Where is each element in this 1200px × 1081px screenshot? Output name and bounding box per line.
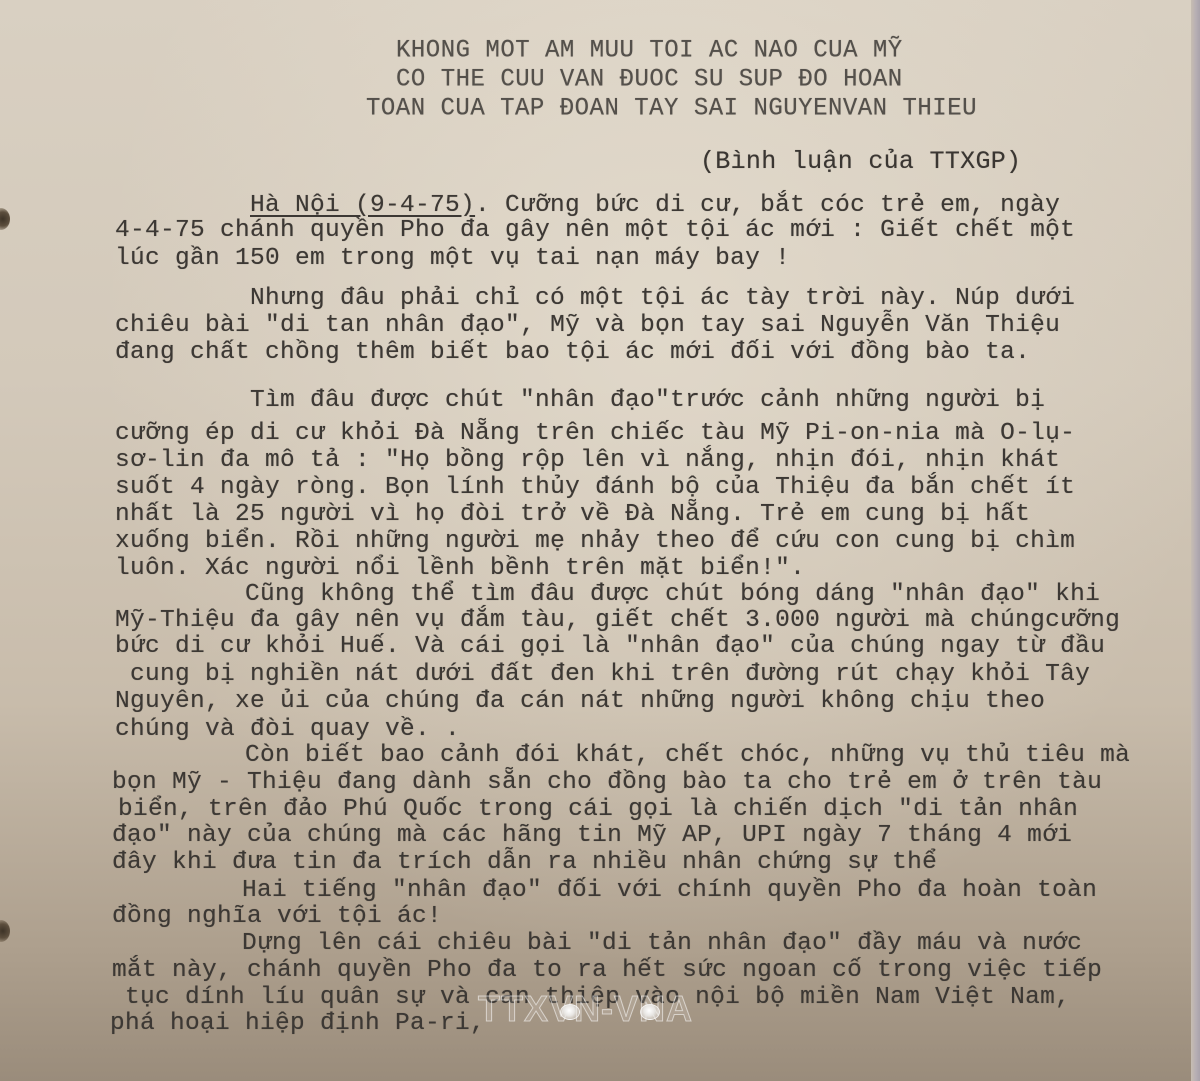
body-line: bọn Mỹ - Thiệu đang dành sẵn cho đồng bà…: [112, 769, 1102, 796]
body-line: mắt này, chánh quyền Pho đa to ra hết sứ…: [112, 957, 1102, 984]
body-line: luôn. Xác người nổi lềnh bềnh trên mặt b…: [115, 555, 805, 582]
title-line-2: CO THE CUU VAN ĐUOC SU SUP ĐO HOAN: [396, 65, 903, 93]
body-line: sơ-lin đa mô tả : "Họ bồng rộp lên vì nắ…: [115, 447, 1060, 474]
body-line: Hà Nội (9-4-75). Cưỡng bức di cư, bắt có…: [250, 192, 1060, 219]
body-line: bức di cư khỏi Huế. Và cái gọi là "nhân …: [115, 633, 1105, 660]
globe-icon: [560, 1004, 580, 1020]
body-line: 4-4-75 chánh quyền Pho đa gây nên một tộ…: [115, 217, 1075, 244]
body-line: chúng và đòi quay về. .: [115, 716, 460, 743]
body-line: đạo" này của chúng mà các hãng tin Mỹ AP…: [112, 822, 1072, 849]
title-line-3: TOAN CUA TAP ĐOAN TAY SAI NGUYENVAN THIE…: [366, 94, 977, 122]
body-line: đây khi đưa tin đa trích dẫn ra nhiều nh…: [112, 849, 937, 876]
body-line: Tìm đâu được chút "nhân đạo"trước cảnh n…: [250, 387, 1045, 414]
body-line: đang chất chồng thêm biết bao tội ác mới…: [115, 339, 1030, 366]
body-line: suốt 4 ngày ròng. Bọn lính thủy đánh bộ …: [115, 474, 1075, 501]
body-line: Nhưng đâu phải chỉ có một tội ác tày trờ…: [250, 285, 1075, 312]
body-line: biển, trên đảo Phú Quốc trong cái gọi là…: [118, 796, 1078, 823]
body-line: lúc gần 150 em trong một vụ tai nạn máy …: [115, 245, 790, 272]
body-line: Còn biết bao cảnh đói khát, chết chóc, n…: [245, 742, 1130, 769]
title-line-1: KHONG MOT AM MUU TOI AC NAO CUA MỸ: [396, 36, 903, 64]
body-line: cưỡng ép di cư khỏi Đà Nẵng trên chiếc t…: [115, 420, 1075, 447]
body-line: nhất là 25 người vì họ đòi trở về Đà Nẵn…: [115, 501, 1030, 528]
body-line: Mỹ-Thiệu đa gây nên vụ đắm tàu, giết chế…: [115, 607, 1120, 634]
body-line: Hai tiếng "nhân đạo" đối với chính quyền…: [242, 877, 1097, 904]
body-line: Dựng lên cái chiêu bài "di tản nhân đạo"…: [242, 930, 1082, 957]
body-line: đồng nghĩa với tội ác!: [112, 903, 442, 930]
watermark-logo: TTXVN-VNA: [478, 990, 726, 1028]
body-line: Cũng không thể tìm đâu được chút bóng dá…: [245, 581, 1100, 608]
body-line: phá hoại hiệp định Pa-ri,: [110, 1010, 485, 1037]
body-line: Nguyên, xe ủi của chúng đa cán nát những…: [115, 688, 1045, 715]
page-edge: [1191, 0, 1200, 1081]
body-line: cung bị nghiền nát dưới đất đen khi trên…: [130, 661, 1090, 688]
globe-icon: [640, 1004, 660, 1020]
dateline: Hà Nội (9-4-75): [250, 192, 475, 219]
byline: (Bình luận của TTXGP): [700, 147, 1021, 176]
body-line: chiêu bài "di tan nhân đạo", Mỹ và bọn t…: [115, 312, 1060, 339]
body-line: xuống biển. Rồi những người mẹ nhảy theo…: [115, 528, 1075, 555]
